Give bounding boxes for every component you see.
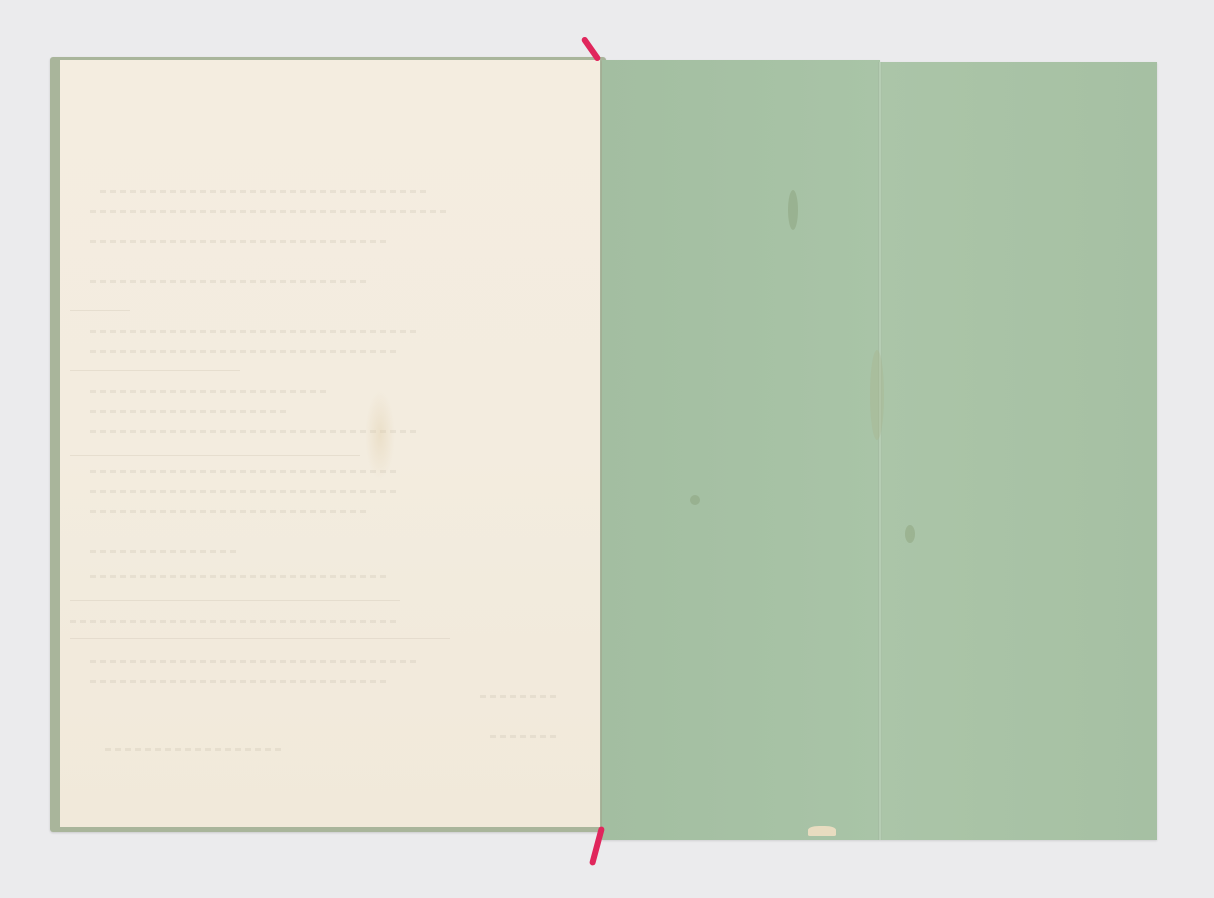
- paper-tear: [808, 826, 836, 836]
- faint-handwriting-line: [100, 190, 430, 193]
- faint-handwriting-line: [90, 210, 450, 213]
- paper-stain: [365, 390, 395, 480]
- faint-signature: [105, 748, 285, 751]
- green-cover-left-panel: [602, 60, 880, 840]
- faint-rule: [70, 638, 450, 639]
- faint-handwriting-line: [490, 735, 560, 738]
- faint-handwriting-line: [480, 695, 560, 698]
- faint-handwriting-line: [90, 575, 390, 578]
- cover-fold-crease: [878, 62, 882, 840]
- faint-handwriting-line: [90, 350, 400, 353]
- faint-handwriting-line: [90, 280, 370, 283]
- faint-handwriting-line: [90, 510, 370, 513]
- faint-handwriting-line: [70, 620, 400, 623]
- faint-handwriting-line: [90, 490, 400, 493]
- faint-handwriting-line: [90, 660, 420, 663]
- faint-handwriting-line: [90, 680, 390, 683]
- paper-spot: [690, 495, 700, 505]
- faint-handwriting-line: [90, 410, 290, 413]
- faint-handwriting-line: [90, 390, 330, 393]
- faint-handwriting-line: [90, 240, 390, 243]
- faint-handwriting-line: [90, 330, 420, 333]
- faint-rule: [70, 600, 400, 601]
- faint-handwriting-line: [90, 550, 240, 553]
- green-cover-right-panel: [880, 62, 1157, 840]
- faint-rule: [70, 455, 360, 456]
- faint-rule: [70, 370, 240, 371]
- paper-spot: [905, 525, 915, 543]
- paper-spot: [788, 190, 798, 230]
- faint-rule: [70, 310, 130, 311]
- faint-handwriting-line: [90, 470, 400, 473]
- paper-crease-mark: [870, 350, 884, 440]
- cream-document-page: [60, 60, 600, 827]
